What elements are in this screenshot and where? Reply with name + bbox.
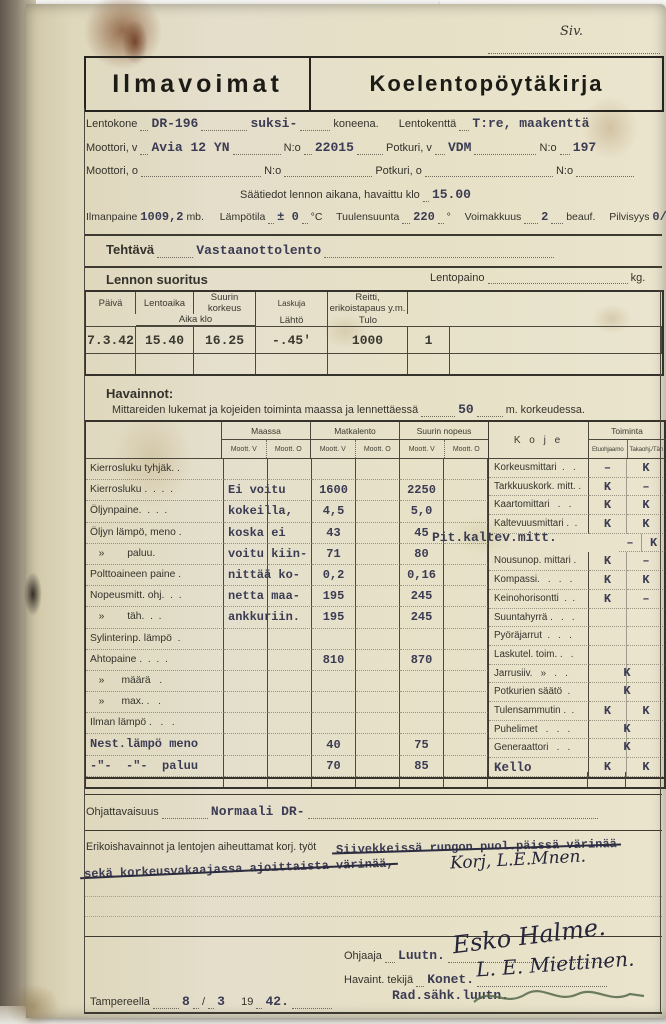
instrument-label: Puhelimet . . . — [489, 721, 589, 740]
instrument-label: Pyöräjarrut . . . — [489, 627, 589, 646]
moottori-o-row: Moottori, o N:o Potkuri, o N:o — [86, 164, 634, 177]
typed-note-fragment: koska ei — [228, 526, 314, 540]
form-header: Ilmavoimat Koelentopöytäkirja — [84, 56, 664, 112]
nopeus-moott-o-cell — [444, 692, 488, 713]
reading-label: Öljynpaine. . . . — [86, 501, 224, 522]
lentopaino-label: Lentopaino — [430, 272, 484, 284]
maassa-moott-v-cell — [224, 734, 268, 755]
typed-note-fragment: nittää ko- — [228, 568, 314, 582]
koje-row: Pit.kaltev.mitt. – K — [489, 534, 665, 553]
maassa-moott-o-cell — [268, 671, 312, 692]
col-moott-o: Moott. O — [267, 440, 311, 458]
etuohjaamo-mark — [589, 627, 627, 646]
voimakkuus-label: Voimakkuus — [465, 211, 522, 223]
suoritus-table: Päivä Aika klo Lentoaika Suurin korkeus … — [84, 290, 664, 376]
instrument-label: Potkurien säätö . — [489, 683, 589, 702]
col-toiminta: Toiminta — [589, 422, 665, 440]
etuohjaamo-mark: K — [589, 702, 627, 721]
reading-label: Kierrosluku tyhjäk. . — [86, 459, 224, 480]
intro-text-1: Mittareiden lukemat ja kojeiden toiminta… — [112, 404, 418, 416]
page-number-label: Siv. — [560, 24, 583, 39]
etuohjaamo-mark: K — [589, 515, 627, 534]
nopeus-moott-o-cell — [444, 713, 488, 734]
nopeus-moott-o-cell — [444, 480, 488, 501]
form-title: Koelentopöytäkirja — [369, 71, 603, 97]
table-bottom-strip — [84, 772, 666, 789]
ohjattavaisuus-label: Ohjattavaisuus — [86, 806, 159, 818]
typed-note-fragment: netta maa- — [228, 589, 314, 603]
maassa-moott-v-cell — [224, 650, 268, 671]
matkalento-moott-o-cell — [356, 565, 400, 586]
matkalento-moott-v-cell: 40 — [312, 734, 356, 755]
instrument-label: Nousunop. mittari . — [489, 552, 589, 571]
intro-text-2: m. korkeudessa. — [506, 404, 585, 416]
koje-row: Potkurien säätö . K — [489, 683, 665, 702]
moottori-o-label: Moottori, o — [86, 165, 138, 177]
col-koje: K o j e — [489, 422, 589, 458]
reading-label: » määrä . — [86, 671, 224, 692]
table-row: Ahtopaine . . . . 810 870 — [86, 650, 488, 671]
lentopaino-row: Lentopaino kg. — [430, 271, 645, 284]
col-aika-klo: Aika klo — [136, 314, 256, 326]
takaohj-mark: K — [642, 534, 665, 553]
nopeus-moott-v-cell — [400, 692, 444, 713]
potkuri-no-value: 197 — [573, 140, 596, 155]
date-slash: / — [202, 996, 205, 1008]
matkalento-moott-v-cell: 195 — [312, 586, 356, 607]
nopeus-moott-o-cell — [444, 734, 488, 755]
typed-note-fragment: kokeilla, — [228, 504, 314, 518]
tulo-value: 16.25 — [194, 327, 256, 354]
ilmanpaine-value: 1009,2 — [140, 210, 183, 224]
organization-name: Ilmavoimat — [112, 70, 283, 99]
table-row: Kierrosluku tyhjäk. . — [86, 459, 488, 480]
nopeus-moott-o-cell — [444, 544, 488, 565]
instrument-readings: Kierrosluku tyhjäk. . Kierrosluku . . . … — [86, 459, 488, 777]
matkalento-moott-o-cell — [356, 629, 400, 650]
ohjaaja-rank-value: Luutn. — [398, 948, 445, 963]
matkalento-moott-v-cell — [312, 629, 356, 650]
tehtava-label: Tehtävä — [106, 242, 154, 257]
table-row: Polttoaineen paine . 0,2 0,16 nittää ko- — [86, 565, 488, 586]
instrument-label: Kompassi. . . . — [489, 571, 589, 590]
reading-label: » max. . . — [86, 692, 224, 713]
maassa-moott-v-cell — [224, 459, 268, 480]
nopeus-moott-v-cell — [400, 629, 444, 650]
laskuja-value: 1 — [408, 327, 450, 354]
nopeus-moott-v-cell: 2250 — [400, 480, 444, 501]
etuohjaamo-mark: – — [619, 534, 642, 553]
lentokentta-label: Lentokenttä — [399, 118, 457, 130]
nopeus-moott-v-cell: 245 — [400, 586, 444, 607]
instrument-label: Jarrusiiv. » . . — [489, 665, 589, 684]
col-moott-v: Moott. V — [311, 440, 356, 458]
celsius-label: °C — [311, 211, 323, 223]
divider — [84, 234, 662, 236]
klo-value: 15.00 — [432, 187, 471, 202]
no-label: N:o — [556, 165, 573, 177]
nopeus-moott-v-cell: 870 — [400, 650, 444, 671]
reading-label: Ilman lämpö . . . — [86, 713, 224, 734]
reading-label: Nest.lämpö meno — [86, 734, 224, 755]
instrument-label: Tarkkuuskork. mitt. . — [489, 478, 589, 497]
col-etuohjaamo: Etuohjaamo — [589, 440, 628, 458]
matkalento-moott-v-cell: 0,2 — [312, 565, 356, 586]
matkalento-moott-o-cell — [356, 501, 400, 522]
typed-note-fragment: ankkuriin. — [228, 610, 314, 624]
no-label: N:o — [540, 142, 557, 154]
maassa-moott-v-cell — [224, 713, 268, 734]
divider — [84, 794, 662, 795]
koje-row: Suuntahyrrä . . . — [489, 609, 665, 628]
nopeus-moott-v-cell — [400, 671, 444, 692]
matkalento-moott-v-cell — [312, 713, 356, 734]
matkalento-moott-v-cell: 71 — [312, 544, 356, 565]
etuohjaamo-mark: K — [589, 478, 627, 497]
center-mark: K — [589, 722, 665, 736]
korkeus-50-value: 50 — [458, 402, 474, 417]
table-row: Sylinterinp. lämpö . — [86, 629, 488, 650]
korkeus-value: 1000 — [328, 327, 408, 354]
instrument-label: Pit.kaltev.mitt. — [427, 527, 557, 546]
nopeus-moott-o-cell — [444, 586, 488, 607]
potkuri-v-label: Potkuri, v — [386, 142, 432, 154]
reading-label: Kierrosluku . . . . — [86, 480, 224, 501]
signature-scribble — [470, 984, 650, 1010]
table-row: » max. . . — [86, 692, 488, 713]
table-row: Kierrosluku . . . . 1600 2250 Ei voitu — [86, 480, 488, 501]
etuohjaamo-mark — [589, 646, 627, 665]
form-left-border — [84, 108, 85, 1014]
table-row: Nest.lämpö meno 40 75 — [86, 734, 488, 755]
month-value: 3 — [217, 994, 225, 1009]
matkalento-moott-o-cell — [356, 544, 400, 565]
moottori-v-label: Moottori, v — [86, 142, 137, 154]
matkalento-moott-v-cell — [312, 692, 356, 713]
nopeus-moott-v-cell: 75 — [400, 734, 444, 755]
maassa-moott-v-cell — [224, 629, 268, 650]
lentokone-value: DR-196 — [152, 116, 199, 131]
koje-row: Jarrusiiv. » . . K — [489, 665, 665, 684]
ilmanpaine-label: Ilmanpaine — [86, 211, 137, 223]
kg-label: kg. — [631, 272, 646, 284]
divider — [84, 830, 662, 831]
matkalento-moott-v-cell — [312, 671, 356, 692]
instrument-label: Keinohorisontti . . — [489, 590, 589, 609]
etuohjaamo-mark: K — [589, 590, 627, 609]
century-label: 19 — [241, 996, 253, 1008]
lentokone-row: Lentokone DR-196 suksi- koneena. Lentoke… — [86, 116, 589, 131]
koje-row: Laskutel. toim. . . — [489, 646, 665, 665]
nopeus-moott-o-cell — [444, 650, 488, 671]
table-row: » paluu. 71 80 voitu kiin- — [86, 544, 488, 565]
matkalento-moott-v-cell: 43 — [312, 523, 356, 544]
mb-label: mb. — [186, 211, 204, 223]
nopeus-moott-o-cell — [444, 671, 488, 692]
nopeus-moott-v-cell — [400, 713, 444, 734]
beauf-label: beauf. — [566, 211, 595, 223]
etuohjaamo-mark: K — [589, 552, 627, 571]
col-moott-o: Moott. O — [356, 440, 400, 458]
lampotila-label: Lämpötila — [220, 211, 266, 223]
moottori-v-row: Moottori, v Avia 12 YN N:o 22015 Potkuri… — [86, 140, 596, 155]
maassa-moott-o-cell — [268, 629, 312, 650]
maassa-moott-v-cell — [224, 671, 268, 692]
koje-row: Korkeusmittari . . – K — [489, 459, 665, 478]
nopeus-moott-o-cell — [444, 629, 488, 650]
matkalento-moott-o-cell — [356, 607, 400, 628]
instrument-label: Generaattori . . — [489, 739, 589, 758]
reitti-value — [450, 327, 662, 354]
no-label: N:o — [284, 142, 301, 154]
col-moott-v: Moott. V — [222, 440, 267, 458]
table-row: Nopeusmitt. ohj. . . 195 245 netta maa- — [86, 586, 488, 607]
matkalento-moott-o-cell — [356, 586, 400, 607]
degree-label: ° — [447, 211, 451, 223]
instrument-label: Korkeusmittari . . — [489, 459, 589, 478]
nopeus-moott-v-cell: 245 — [400, 607, 444, 628]
koje-row: Kompassi. . . . K K — [489, 571, 665, 590]
tehtava-value: Vastaanottolento — [196, 243, 321, 258]
moottori-no-value: 22015 — [315, 140, 354, 155]
etuohjaamo-mark: K — [589, 571, 627, 590]
lentoaika-value: -.45' — [256, 327, 328, 354]
divider — [84, 266, 662, 268]
havainnot-intro: Mittareiden lukemat ja kojeiden toiminta… — [112, 402, 585, 417]
maassa-moott-o-cell — [268, 734, 312, 755]
reading-label: Nopeusmitt. ohj. . . — [86, 586, 224, 607]
col-suurin-korkeus: Suurin korkeus — [194, 292, 256, 314]
havainnot-title: Havainnot: — [106, 386, 173, 401]
matkalento-moott-o-cell — [356, 713, 400, 734]
koje-row: Puhelimet . . . K — [489, 721, 665, 740]
table-row: » määrä . — [86, 671, 488, 692]
center-mark: K — [589, 684, 665, 698]
koje-row: Tarkkuuskork. mitt. . K – — [489, 478, 665, 497]
col-lahto: Lähtö — [256, 314, 328, 326]
etuohjaamo-mark: K — [589, 496, 627, 515]
havaint-tekija-label: Havaint. tekijä — [344, 974, 413, 986]
tuulensuunta-value: 220 — [413, 210, 435, 224]
matkalento-moott-o-cell — [356, 692, 400, 713]
koje-row: Nousunop. mittari . K – — [489, 552, 665, 571]
tampereella-row: Tampereella 8 / 3 19 42. — [90, 994, 332, 1009]
nopeus-moott-v-cell: 5,0 — [400, 501, 444, 522]
instrument-function-list: Korkeusmittari . . – K Tarkkuuskork. mit… — [489, 459, 665, 777]
ruled-line — [84, 896, 662, 897]
form-right-border — [660, 290, 661, 1014]
suksi-value: suksi- — [250, 116, 297, 131]
pilvisyys-value: 0/10 — [652, 210, 666, 224]
col-matkalento: Matkalento — [311, 422, 399, 440]
saatiedot-label: Säätiedot lennon aikana, havaittu klo — [240, 189, 420, 201]
maassa-moott-o-cell — [268, 692, 312, 713]
center-mark: K — [589, 740, 665, 754]
col-moott-v: Moott. V — [400, 440, 445, 458]
nopeus-moott-o-cell — [444, 501, 488, 522]
nopeus-moott-v-cell — [400, 459, 444, 480]
voimakkuus-value: 2 — [541, 210, 548, 224]
form-bottom-border — [84, 1012, 662, 1014]
matkalento-moott-v-cell: 1600 — [312, 480, 356, 501]
matkalento-moott-v-cell: 195 — [312, 607, 356, 628]
suoritus-title: Lennon suoritus — [106, 272, 208, 287]
koneena-label: koneena. — [333, 118, 378, 130]
col-maassa: Maassa — [222, 422, 310, 440]
matkalento-moott-o-cell — [356, 671, 400, 692]
tampereella-label: Tampereella — [90, 996, 150, 1008]
matkalento-moott-o-cell — [356, 734, 400, 755]
erikois-label: Erikoishavainnot ja lentojen aiheuttamat… — [86, 841, 316, 853]
day-value: 8 — [182, 994, 190, 1009]
potkuri-v-value: VDM — [448, 140, 471, 155]
paiva-value: 7.3.42 — [86, 327, 136, 354]
nopeus-moott-v-cell: 80 — [400, 544, 444, 565]
ohjaaja-label: Ohjaaja — [344, 950, 382, 962]
saatiedot-row: Säätiedot lennon aikana, havaittu klo 15… — [240, 187, 471, 202]
matkalento-moott-v-cell: 4,5 — [312, 501, 356, 522]
maassa-moott-o-cell — [268, 650, 312, 671]
reading-label: Polttoaineen paine . — [86, 565, 224, 586]
reading-label: Öljyn lämpö, meno . — [86, 523, 224, 544]
col-moott-o: Moott. O — [445, 440, 489, 458]
tehtava-row: Tehtävä Vastaanottolento — [106, 242, 554, 258]
ohjattavaisuus-value: Normaali DR- — [211, 804, 305, 819]
typed-note-fragment: Ei voitu — [228, 483, 314, 497]
instrument-label: Laskutel. toim. . . — [489, 646, 589, 665]
table-row: Ilman lämpö . . . — [86, 713, 488, 734]
nopeus-moott-v-cell: 0,16 — [400, 565, 444, 586]
pilvisyys-label: Pilvisyys — [609, 211, 649, 223]
typed-note-fragment: voitu kiin- — [228, 547, 314, 561]
observation-table: Maassa Moott. V Moott. O Matkalento Moot… — [84, 420, 666, 779]
koje-row: Keinohorisontti . . K – — [489, 590, 665, 609]
reading-label: Ahtopaine . . . . — [86, 650, 224, 671]
lentokentta-value: T:re, maakenttä — [472, 116, 589, 131]
potkuri-o-label: Potkuri, o — [375, 165, 421, 177]
etuohjaamo-mark: – — [589, 459, 627, 478]
nopeus-moott-o-cell — [444, 565, 488, 586]
etuohjaamo-mark — [589, 609, 627, 628]
maassa-moott-o-cell — [268, 713, 312, 734]
instrument-label: Kaartomittari . . — [489, 496, 589, 515]
col-reitti: Reitti, erikoistapaus y.m. — [328, 292, 408, 314]
col-paiva: Päivä — [86, 292, 136, 314]
lahto-value: 15.40 — [136, 327, 194, 354]
weather-row: Ilmanpaine 1009,2 mb. Lämpötila ± 0 °C T… — [86, 210, 666, 224]
moottori-v-value: Avia 12 YN — [151, 140, 229, 155]
table-row: Öljynpaine. . . . 4,5 5,0 kokeilla, — [86, 501, 488, 522]
lampotila-value: ± 0 — [277, 210, 299, 224]
dotted-line — [488, 41, 660, 54]
erikois-row-2: sekä korkeusvakaajassa ajoittaista värin… — [84, 862, 394, 876]
nopeus-moott-o-cell — [444, 459, 488, 480]
matkalento-moott-v-cell — [312, 459, 356, 480]
col-lentoaika: Lentoaika — [136, 292, 194, 314]
col-laskuja: Laskuja — [256, 292, 328, 314]
year-value: 42. — [265, 994, 288, 1009]
koje-row: Pyöräjarrut . . . — [489, 627, 665, 646]
matkalento-moott-o-cell — [356, 459, 400, 480]
center-mark: K — [589, 666, 665, 680]
instrument-label: Suuntahyrrä . . . — [489, 609, 589, 628]
koje-row: Generaattori . . K — [489, 739, 665, 758]
matkalento-moott-o-cell — [356, 480, 400, 501]
havaint-rank-value: Konet. — [427, 972, 474, 987]
koje-row: Kaartomittari . . K K — [489, 496, 665, 515]
maassa-moott-o-cell — [268, 459, 312, 480]
koje-row: Tulensammutin . . K K — [489, 702, 665, 721]
matkalento-moott-v-cell: 810 — [312, 650, 356, 671]
lentokone-label: Lentokone — [86, 118, 137, 130]
col-tulo: Tulo — [328, 314, 408, 326]
matkalento-moott-o-cell — [356, 650, 400, 671]
no-label: N:o — [264, 165, 281, 177]
nopeus-moott-o-cell — [444, 607, 488, 628]
table-row: » täh. . . 195 245 ankkuriin. — [86, 607, 488, 628]
reading-label: » täh. . . — [86, 607, 224, 628]
instrument-label: Tulensammutin . . — [489, 702, 589, 721]
col-suurin-nopeus: Suurin nopeus — [400, 422, 488, 440]
reading-label: Sylinterinp. lämpö . — [86, 629, 224, 650]
matkalento-moott-o-cell — [356, 523, 400, 544]
maassa-moott-v-cell — [224, 692, 268, 713]
ohjattavaisuus-row: Ohjattavaisuus Normaali DR- — [86, 804, 598, 819]
tuulensuunta-label: Tuulensuunta — [336, 211, 399, 223]
reading-label: » paluu. — [86, 544, 224, 565]
